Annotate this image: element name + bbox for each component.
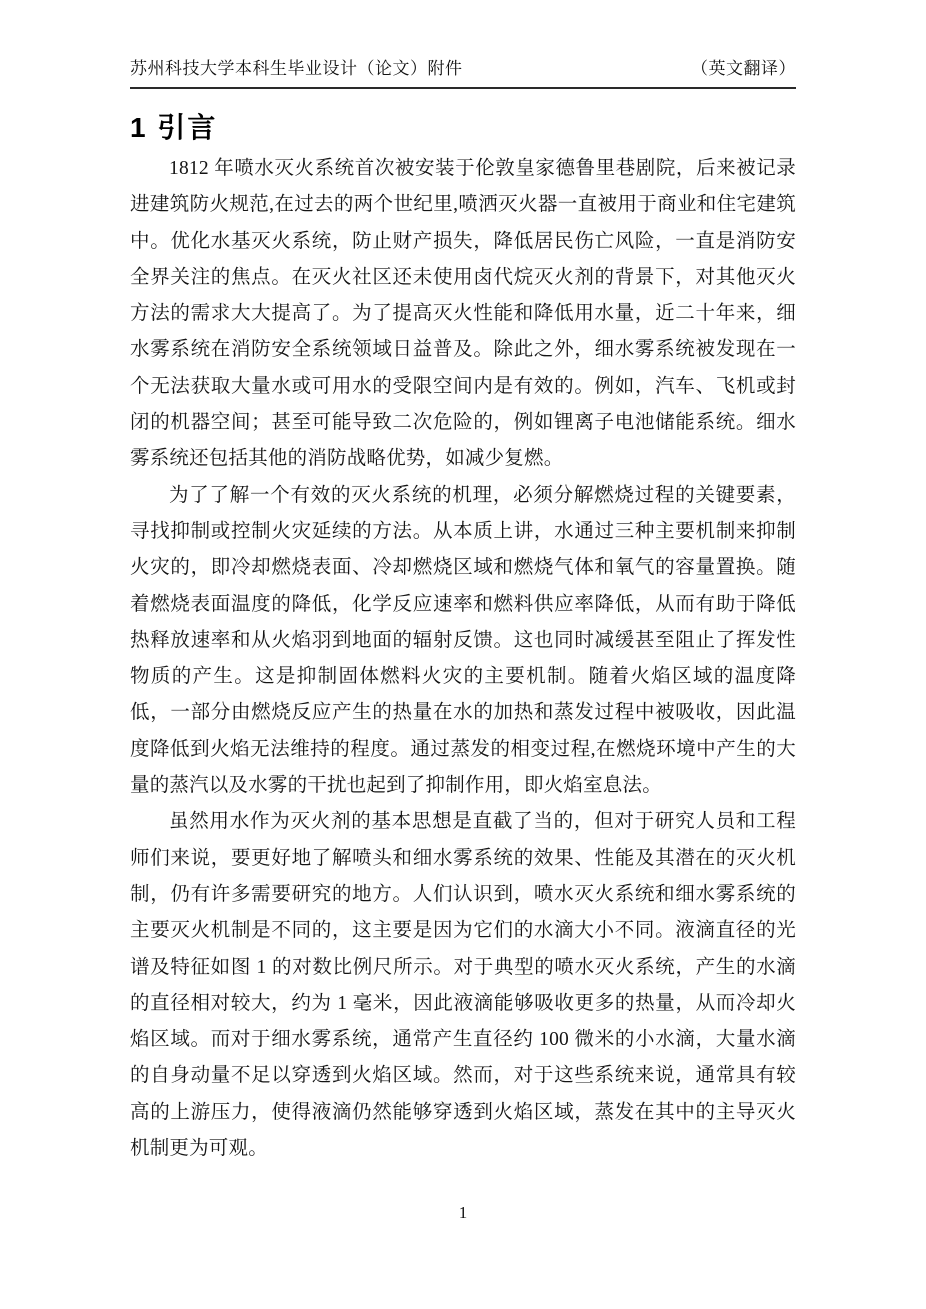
paragraph: 为了了解一个有效的灭火系统的机理，必须分解燃烧过程的关键要素，寻找抑制或控制火灾… — [130, 478, 796, 805]
section-heading: 1 引言 — [130, 111, 796, 145]
paragraph: 1812 年喷水灭火系统首次被安装于伦敦皇家德鲁里巷剧院，后来被记录进建筑防火规… — [130, 151, 796, 478]
page-number: 1 — [0, 1203, 926, 1223]
header-left-text: 苏州科技大学本科生毕业设计（论文）附件 — [130, 58, 463, 80]
page-header: 苏州科技大学本科生毕业设计（论文）附件 （英文翻译） — [130, 58, 796, 89]
body-text: 1812 年喷水灭火系统首次被安装于伦敦皇家德鲁里巷剧院，后来被记录进建筑防火规… — [130, 151, 796, 1167]
header-right-text: （英文翻译） — [691, 58, 796, 80]
page-content: 苏州科技大学本科生毕业设计（论文）附件 （英文翻译） 1 引言 1812 年喷水… — [130, 0, 796, 1167]
paragraph: 虽然用水作为灭火剂的基本思想是直截了当的，但对于研究人员和工程师们来说，要更好地… — [130, 804, 796, 1167]
document-page: 苏州科技大学本科生毕业设计（论文）附件 （英文翻译） 1 引言 1812 年喷水… — [0, 0, 926, 1309]
